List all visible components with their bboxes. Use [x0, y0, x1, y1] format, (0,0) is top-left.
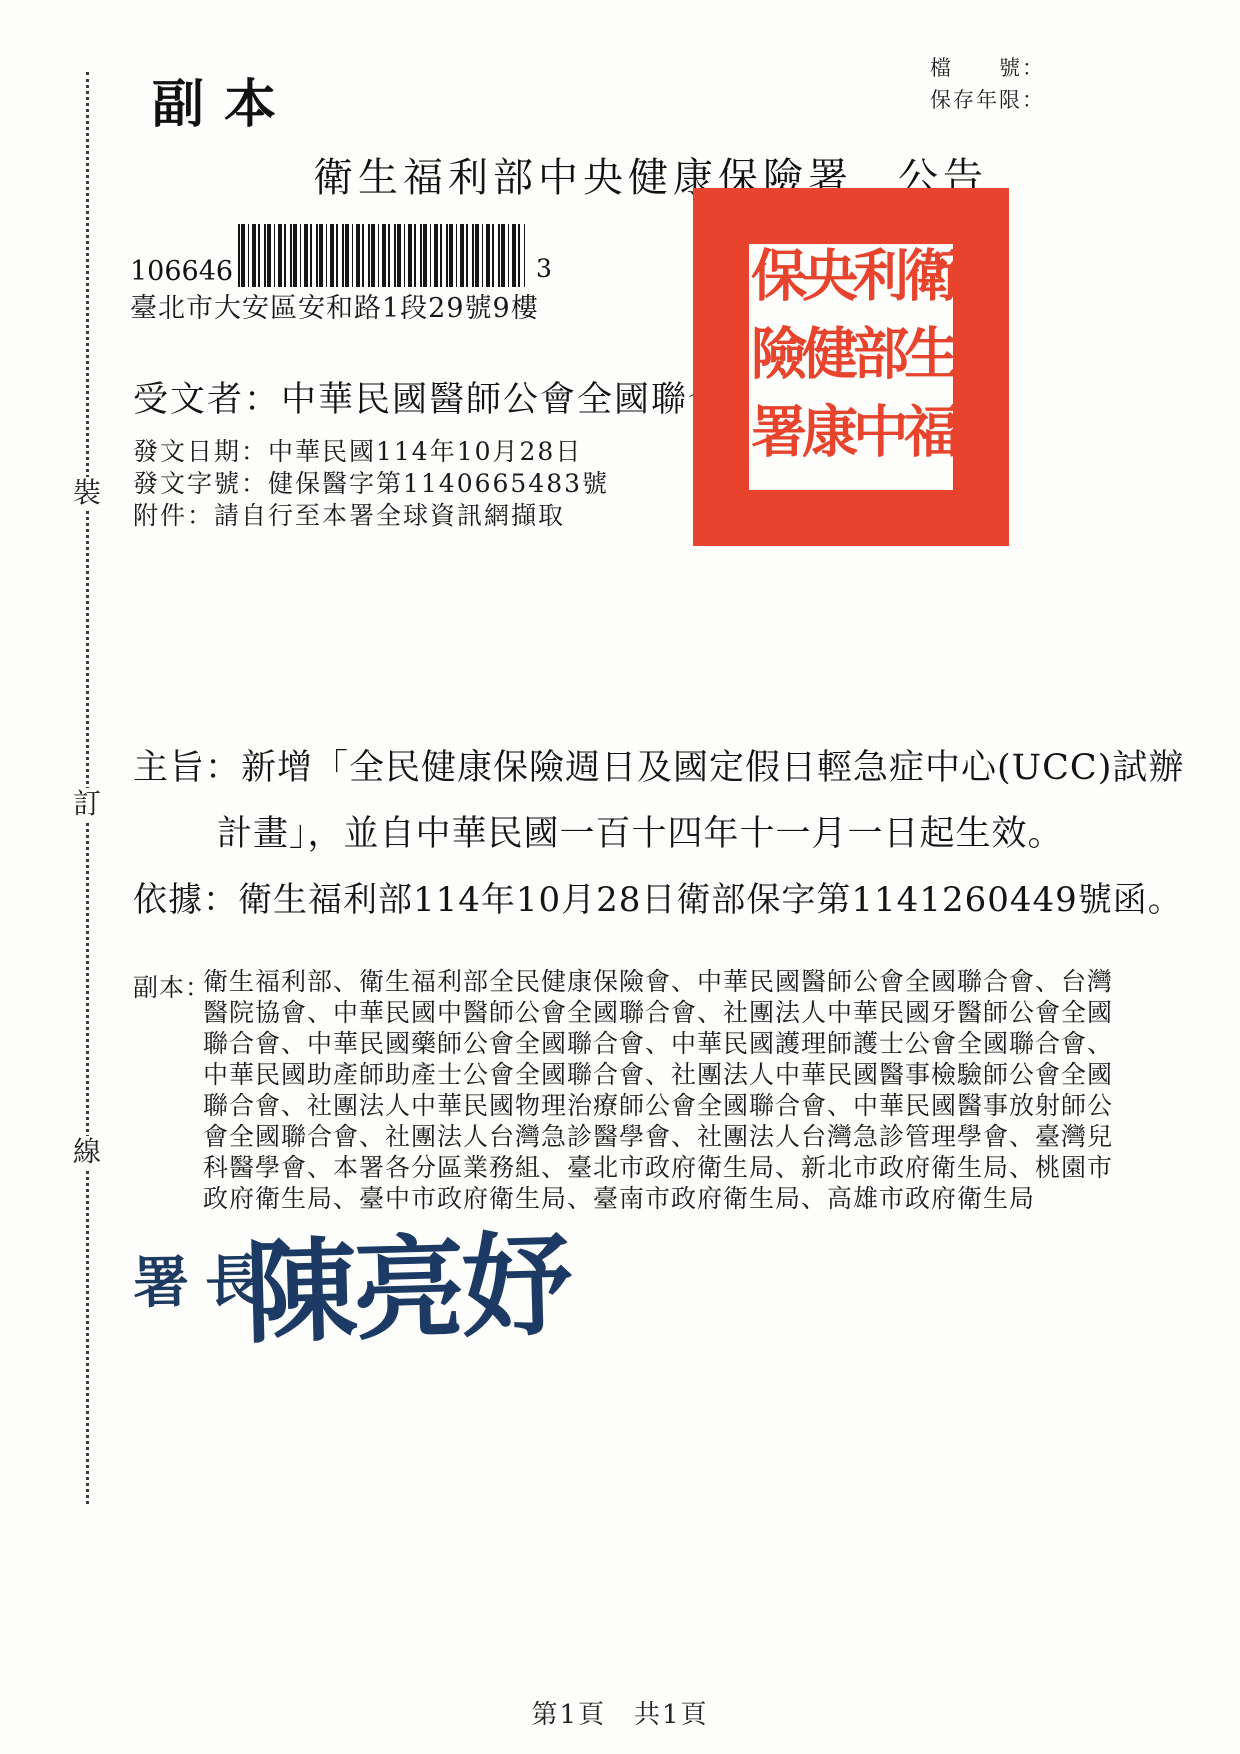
file-number-label: 檔 號： [930, 52, 1045, 82]
cc-line-5: 聯合會、社團法人中華民國物理治療師公會全國聯合會、中華民國醫事放射師公 [203, 1090, 1123, 1121]
subject-line-2: 計畫」，並自中華民國一百十四年十一月一日起生效。 [217, 806, 1064, 856]
binding-mark-zhuang: 裝 [70, 477, 104, 509]
cc-line-2: 醫院協會、中華民國中醫師公會全國聯合會、社團法人中華民國牙醫師公會全國 [203, 997, 1123, 1028]
binding-mark-ding: 訂 [70, 788, 104, 820]
basis-line: 依據：衛生福利部114年10月28日衛部保字第1141260449號函。 [133, 872, 1183, 921]
seal-text: 衛生福利部中央健康保險署 [749, 244, 953, 490]
barcode-number: 106646 [130, 256, 233, 287]
barcode [238, 224, 525, 287]
official-seal: 衛生福利部中央健康保險署 [693, 188, 1009, 546]
doc-number-line: 發文字號：健保醫字第1140665483號 [133, 464, 609, 500]
document-page: 裝 訂 線 副本 檔 號： 保存年限： 衛生福利部中央健康保險署 公告 1066… [0, 0, 1240, 1754]
cc-line-6: 會全國聯合會、社團法人台灣急診醫學會、社團法人台灣急診管理學會、臺灣兒 [203, 1121, 1123, 1152]
cc-block: 衛生福利部、衛生福利部全民健康保險會、中華民國醫師公會全國聯合會、台灣 醫院協會… [203, 966, 1123, 1214]
attachment-line: 附件：請自行至本署全球資訊網擷取 [133, 496, 565, 532]
barcode-check-digit: 3 [536, 254, 552, 283]
page-footer: 第1頁 共1頁 [0, 1694, 1240, 1731]
issue-date-line: 發文日期：中華民國114年10月28日 [133, 432, 582, 468]
recipient-line: 受文者：中華民國醫師公會全國聯合會 [133, 372, 762, 422]
copy-label: 副本 [152, 62, 296, 137]
cc-line-4: 中華民國助產師助產士公會全國聯合會、社團法人中華民國醫事檢驗師公會全國 [203, 1059, 1123, 1090]
sender-address: 臺北市大安區安和路1段29號9樓 [130, 286, 539, 325]
cc-label: 副本： [133, 968, 211, 1004]
signature-name: 陳亮妤 [243, 1196, 571, 1365]
cc-line-3: 聯合會、中華民國藥師公會全國聯合會、中華民國護理師護士公會全國聯合會、 [203, 1028, 1123, 1059]
subject-line-1: 主旨：新增「全民健康保險週日及國定假日輕急症中心(UCC)試辦 [133, 740, 1184, 790]
binding-mark-xian: 線 [70, 1136, 104, 1168]
cc-line-7: 科醫學會、本署各分區業務組、臺北市政府衛生局、新北市政府衛生局、桃園市 [203, 1152, 1123, 1183]
retention-period-label: 保存年限： [930, 84, 1045, 114]
cc-line-1: 衛生福利部、衛生福利部全民健康保險會、中華民國醫師公會全國聯合會、台灣 [203, 966, 1123, 997]
